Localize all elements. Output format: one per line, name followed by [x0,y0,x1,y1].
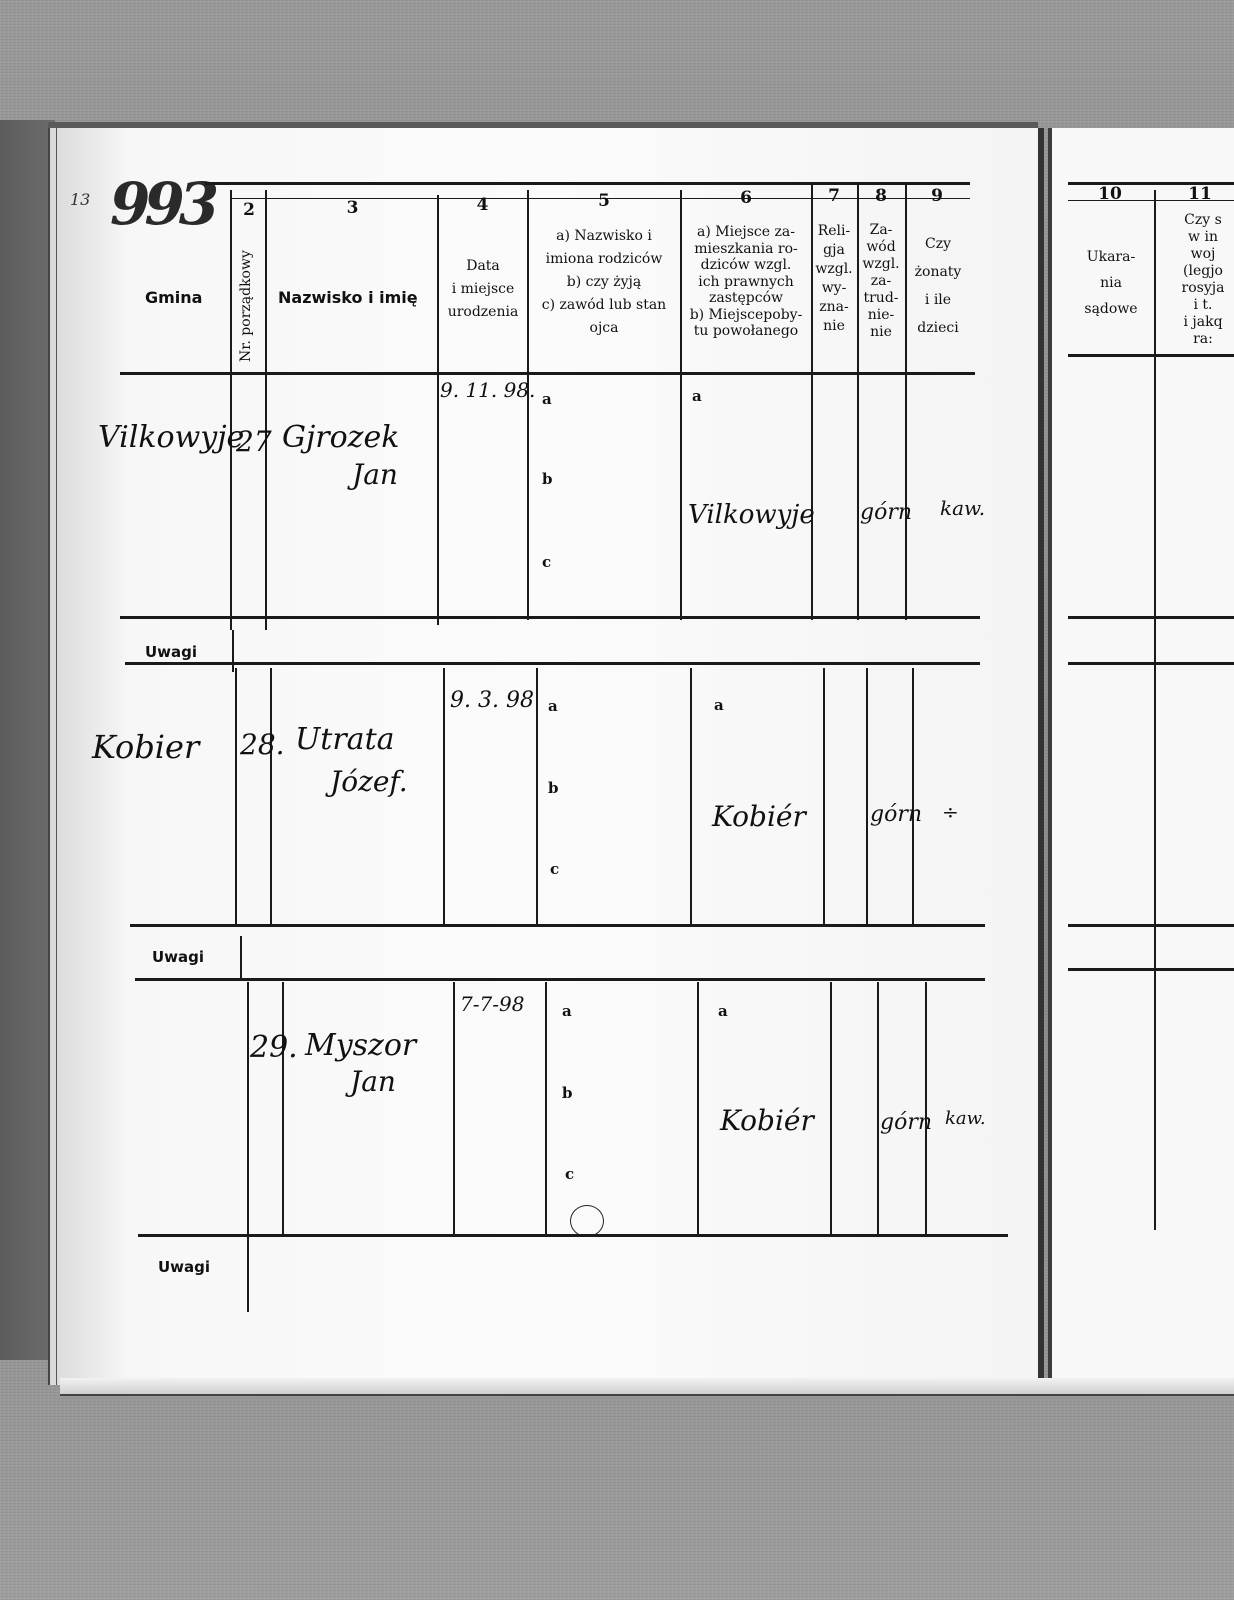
label-line: Czy s [1158,212,1234,229]
record-surname: Utrata [295,722,395,757]
record-surname: Gjrozek [282,420,399,455]
sub-label-b: b [548,779,559,797]
label-line: rosyja [1158,280,1234,297]
label-line: Za- [858,222,904,239]
label-line: za- [858,273,904,290]
label-line: Reli- [812,222,856,241]
label-line: i miejsce [440,281,526,298]
col-divider [235,668,237,924]
record-marital: kaw. [940,496,985,520]
col-label-birth: Data i miejsce urodzenia [440,258,526,321]
row-rule [130,924,985,927]
label-line: ra: [1158,331,1234,348]
label-line: mieszkania ro- [682,241,810,258]
col-divider [925,982,927,1234]
record-marital: kaw. [945,1108,986,1129]
col-num-11: 11 [1160,184,1234,204]
uwagi-label: Uwagi [145,643,197,661]
col-divider [270,668,272,924]
record-birth-date: 9. 3. 98 [450,688,534,713]
row-rule-right [1068,968,1234,971]
col-divider [912,668,914,924]
record-residence: Kobiér [712,800,806,833]
col-num-5: 5 [530,191,678,211]
col-divider [866,668,868,924]
label-line: wzgl. [812,260,856,279]
label-line: wzgl. [858,256,904,273]
header-bottom-rule-right [1068,354,1234,357]
col-label-nr: Nr. porządkowy [238,250,254,362]
col-divider [545,982,547,1234]
record-nr: 29. [250,1030,298,1065]
uwagi-label: Uwagi [152,948,204,966]
record-marital: ÷ [942,800,959,824]
label-line: i ile [906,286,970,314]
record-birth-date: 9. 11. 98. [440,378,535,402]
label-line: gja [812,241,856,260]
col-divider [877,982,879,1234]
label-line: b) czy żyją [528,271,680,294]
row-rule [135,978,985,981]
col-divider-10 [1154,190,1156,1230]
sub-label-a: a [718,1002,728,1020]
record-occupation: górn [870,802,922,827]
sub-label-c: c [565,1165,574,1183]
col-num-2: 2 [235,200,263,220]
uwagi-divider [240,936,242,978]
record-nr: 27 [236,425,272,458]
row-rule [138,1234,1008,1237]
col-label-married: Czy żonaty i ile dzieci [906,230,970,342]
col-label-residence: a) Miejsce za- mieszkania ro- dziców wzg… [682,224,810,340]
label-line: żonaty [906,258,970,286]
sub-label-a: a [714,696,724,714]
label-line: w in [1158,229,1234,246]
col-label-convictions: Ukara- nia sądowe [1068,244,1154,322]
record-gmina: Kobier [92,728,199,766]
uwagi-label: Uwagi [158,1258,210,1276]
sub-label-b: b [542,470,553,488]
label-line: sądowe [1068,296,1154,322]
header-bottom-rule [120,372,975,375]
label-line: nia [1068,270,1154,296]
col-divider [690,668,692,924]
col-divider [247,982,249,1312]
label-line: nie [858,324,904,341]
col-num-4: 4 [440,195,525,215]
record-nr: 28. [240,728,285,761]
header-top-rule [205,182,970,185]
label-line: zna- [812,298,856,317]
label-line: i jakq [1158,314,1234,331]
sub-label-a: a [542,390,552,408]
col-label-parents: a) Nazwisko i imiona rodziców b) czy żyj… [528,225,680,340]
col-divider [443,668,445,924]
sub-label-a: a [562,1002,572,1020]
col-divider-3 [437,195,439,625]
record-birth-date: 7-7-98 [460,992,524,1016]
row-rule-right [1068,924,1234,927]
label-line: zastępców [682,290,810,307]
record-occupation: górn [880,1110,932,1135]
col-num-3: 3 [270,198,435,218]
sub-label-c: c [550,860,559,878]
page-bottom-edge [60,1378,1234,1396]
record-surname: Myszor [305,1028,416,1063]
row-rule [120,616,980,619]
col-divider [453,982,455,1234]
circle-mark [570,1205,604,1237]
uwagi-divider [232,630,234,672]
label-line: imiona rodziców [528,248,680,271]
col-label-gmina: Gmina [145,288,202,307]
row-rule-right [1068,662,1234,665]
record-occupation: górn [860,500,912,525]
page-prefix: 13 [70,190,90,209]
sub-label-a: a [692,387,702,405]
col-num-10: 10 [1068,184,1152,204]
row-rule [125,662,980,665]
sub-label-a: a [548,697,558,715]
col-num-8: 8 [859,186,903,206]
col-divider-2 [265,190,267,630]
label-line: Data [440,258,526,275]
label-line: tu powołanego [682,323,810,340]
record-given-name: Józef. [330,765,408,798]
col-divider [823,668,825,924]
label-line: c) zawód lub stan [528,294,680,317]
record-residence: Kobiér [720,1104,814,1137]
sub-label-b: b [562,1084,573,1102]
scan-shadow [0,120,55,1360]
label-line: wód [858,239,904,256]
col-divider [282,982,284,1234]
label-line: nie [812,317,856,336]
col-num-6: 6 [683,188,809,208]
sub-label-c: c [542,553,551,571]
label-line: ich prawnych [682,274,810,291]
record-given-name: Jan [352,458,398,491]
col-divider [830,982,832,1234]
label-line: ojca [528,317,680,340]
col-divider [536,668,538,924]
label-line: a) Nazwisko i [528,225,680,248]
label-line: Ukara- [1068,244,1154,270]
label-line: trud- [858,290,904,307]
label-line: i t. [1158,297,1234,314]
col-num-9: 9 [907,186,967,206]
col-divider [697,982,699,1234]
col-label-occupation: Za- wód wzgl. za- trud- nie- nie [858,222,904,341]
col-label-religion: Reli- gja wzgl. wy- zna- nie [812,222,856,336]
col-divider-1 [230,190,232,630]
page-number: 993 [110,170,213,238]
col-label-military: Czy s w in woj (legjo rosyja i t. i jakq… [1158,212,1234,348]
col-label-name: Nazwisko i imię [278,288,418,307]
label-line: (legjo [1158,263,1234,280]
label-line: woj [1158,246,1234,263]
col-num-7: 7 [813,186,855,206]
record-residence: Vilkowyje [688,500,815,530]
label-line: urodzenia [440,304,526,321]
record-given-name: Jan [350,1065,396,1098]
label-line: nie- [858,307,904,324]
label-line: a) Miejsce za- [682,224,810,241]
record-gmina: Vilkowyje [98,420,244,455]
label-line: dzieci [906,314,970,342]
label-line: wy- [812,279,856,298]
row-rule-right [1068,616,1234,619]
label-line: Czy [906,230,970,258]
label-line: dziców wzgl. [682,257,810,274]
label-line: b) Miejscepoby- [682,307,810,324]
